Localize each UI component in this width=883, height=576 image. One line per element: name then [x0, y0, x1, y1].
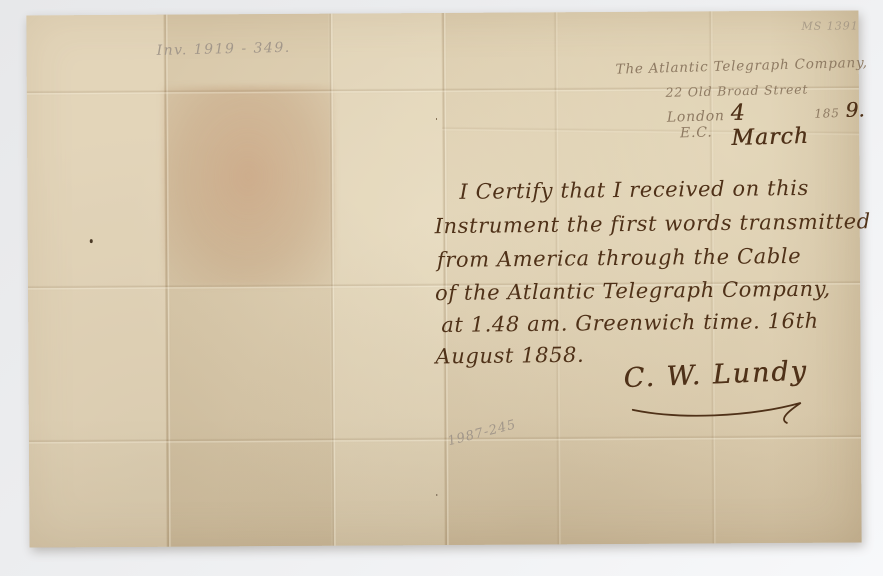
signature-flourish	[629, 397, 829, 428]
letterhead-year-printed: 185	[814, 106, 840, 121]
paper-speck	[90, 239, 93, 243]
body-line: of the Atlantic Telegraph Company,	[435, 277, 831, 305]
letterhead-city-date-row: London E.C. 4 March 185 9.	[666, 97, 865, 152]
document-paper: Inv. 1919 - 349. MS 1391 1987-245 The At…	[26, 10, 861, 547]
pencil-manuscript-number: MS 1391	[801, 19, 858, 32]
pencil-accession-number: 1987-245	[446, 417, 518, 449]
paper-stain	[162, 86, 335, 287]
handwritten-date: 4 March	[730, 99, 809, 151]
body-line: I Certify that I received on this	[459, 176, 809, 204]
letterhead-city: London E.C.	[667, 108, 726, 142]
photo-background: Inv. 1919 - 349. MS 1391 1987-245 The At…	[0, 0, 883, 576]
body-line: August 1858.	[435, 343, 584, 369]
body-line: from America through the Cable	[437, 244, 802, 272]
body-line: Instrument the first words transmitted	[435, 209, 871, 238]
body-line: at 1.48 am. Greenwich time. 16th	[441, 309, 819, 337]
signature: C. W. Lundy	[623, 356, 808, 395]
pencil-inventory-number: Inv. 1919 - 349.	[156, 40, 290, 59]
handwritten-year: 9.	[845, 97, 865, 122]
letterhead-company: The Atlantic Telegraph Company,	[597, 54, 883, 78]
